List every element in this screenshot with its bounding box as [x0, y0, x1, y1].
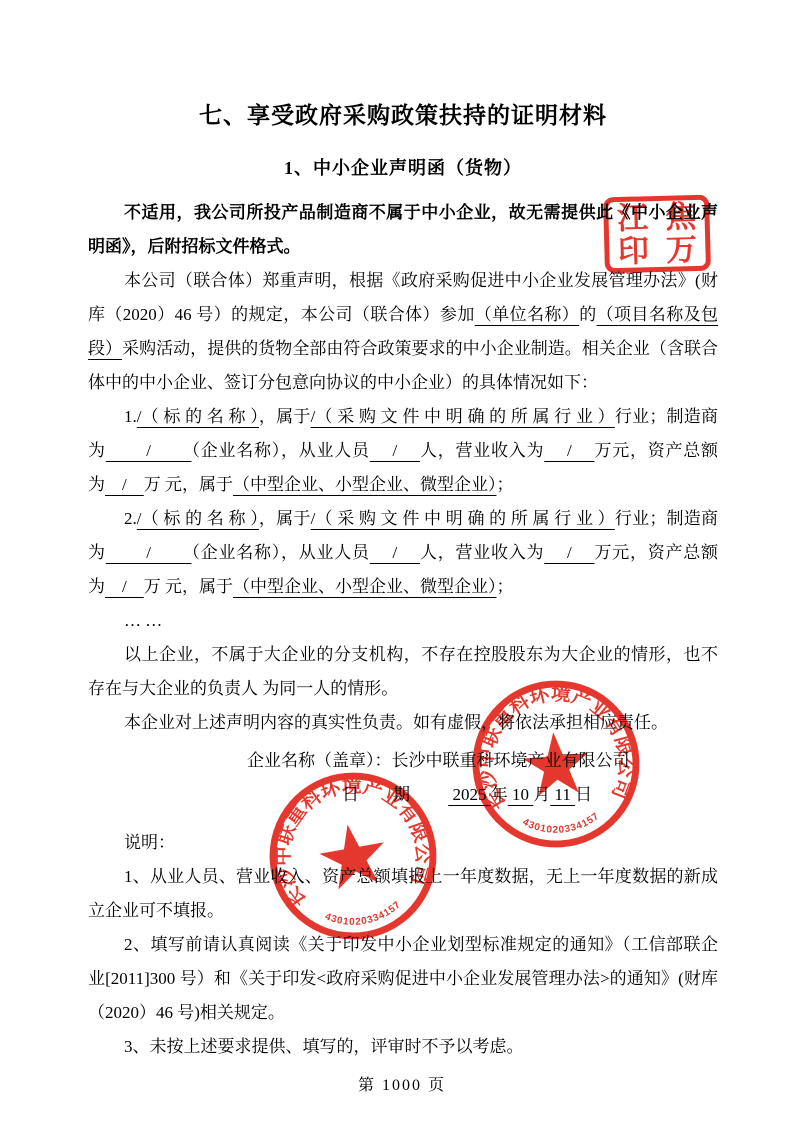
company-name-line: 企业名称（盖章）：长沙中联重科环境产业有限公司: [88, 744, 718, 778]
section-subtitle: 1、中小企业声明函（货物）: [88, 153, 718, 183]
page-title: 七、享受政府采购政策扶持的证明材料: [88, 96, 718, 136]
notes-section: 说明： 1、从业人员、营业收入、资产总额填报上一年度数据，无上一年度数据的新成立…: [88, 826, 718, 1064]
date-line: 日 期 2025 年 10 月 11 日: [88, 778, 718, 812]
note-item-2: 2、填写前请认真阅读《关于印发中小企业划型标准规定的通知》（工信部联企业[201…: [88, 928, 718, 1030]
note-item-3: 3、未按上述要求提供、填写的，评审时不予以考虑。: [88, 1030, 718, 1064]
note-item-1: 1、从业人员、营业收入、资产总额填报上一年度数据，无上一年度数据的新成立企业可不…: [88, 860, 718, 928]
ellipsis-line: … …: [88, 604, 718, 638]
declaration-paragraph: 本公司（联合体）郑重声明，根据《政府采购促进中小企业发展管理办法》(财库（202…: [88, 264, 718, 400]
document-content: 七、享受政府采购政策扶持的证明材料 1、中小企业声明函（货物） 不适用，我公司所…: [88, 0, 718, 1064]
branch-statement-paragraph: 以上企业，不属于大企业的分支机构，不存在控股股东为大企业的情形，也不存在与大企业…: [88, 638, 718, 706]
document-page: 七、享受政府采购政策扶持的证明材料 1、中小企业声明函（货物） 不适用，我公司所…: [0, 0, 804, 1147]
truth-statement-paragraph: 本企业对上述声明内容的真实性负责。如有虚假，将依法承担相应责任。: [88, 706, 718, 740]
company-name-value: 长沙中联重科环境产业有限公司: [392, 751, 630, 770]
item-1-paragraph: 1./（ 标 的 名 称 ），属于/（ 采 购 文 件 中 明 确 的 所 属 …: [88, 400, 718, 502]
page-footer: 第 1000 页: [0, 1072, 804, 1095]
item-2-paragraph: 2./（ 标 的 名 称 ），属于/（ 采 购 文 件 中 明 确 的 所 属 …: [88, 502, 718, 604]
notes-label: 说明：: [88, 826, 718, 860]
notice-paragraph: 不适用，我公司所投产品制造商不属于中小企业，故无需提供此《中小企业声明函》，后附…: [88, 196, 718, 264]
company-seal-label: 企业名称（盖章）：: [247, 751, 392, 770]
